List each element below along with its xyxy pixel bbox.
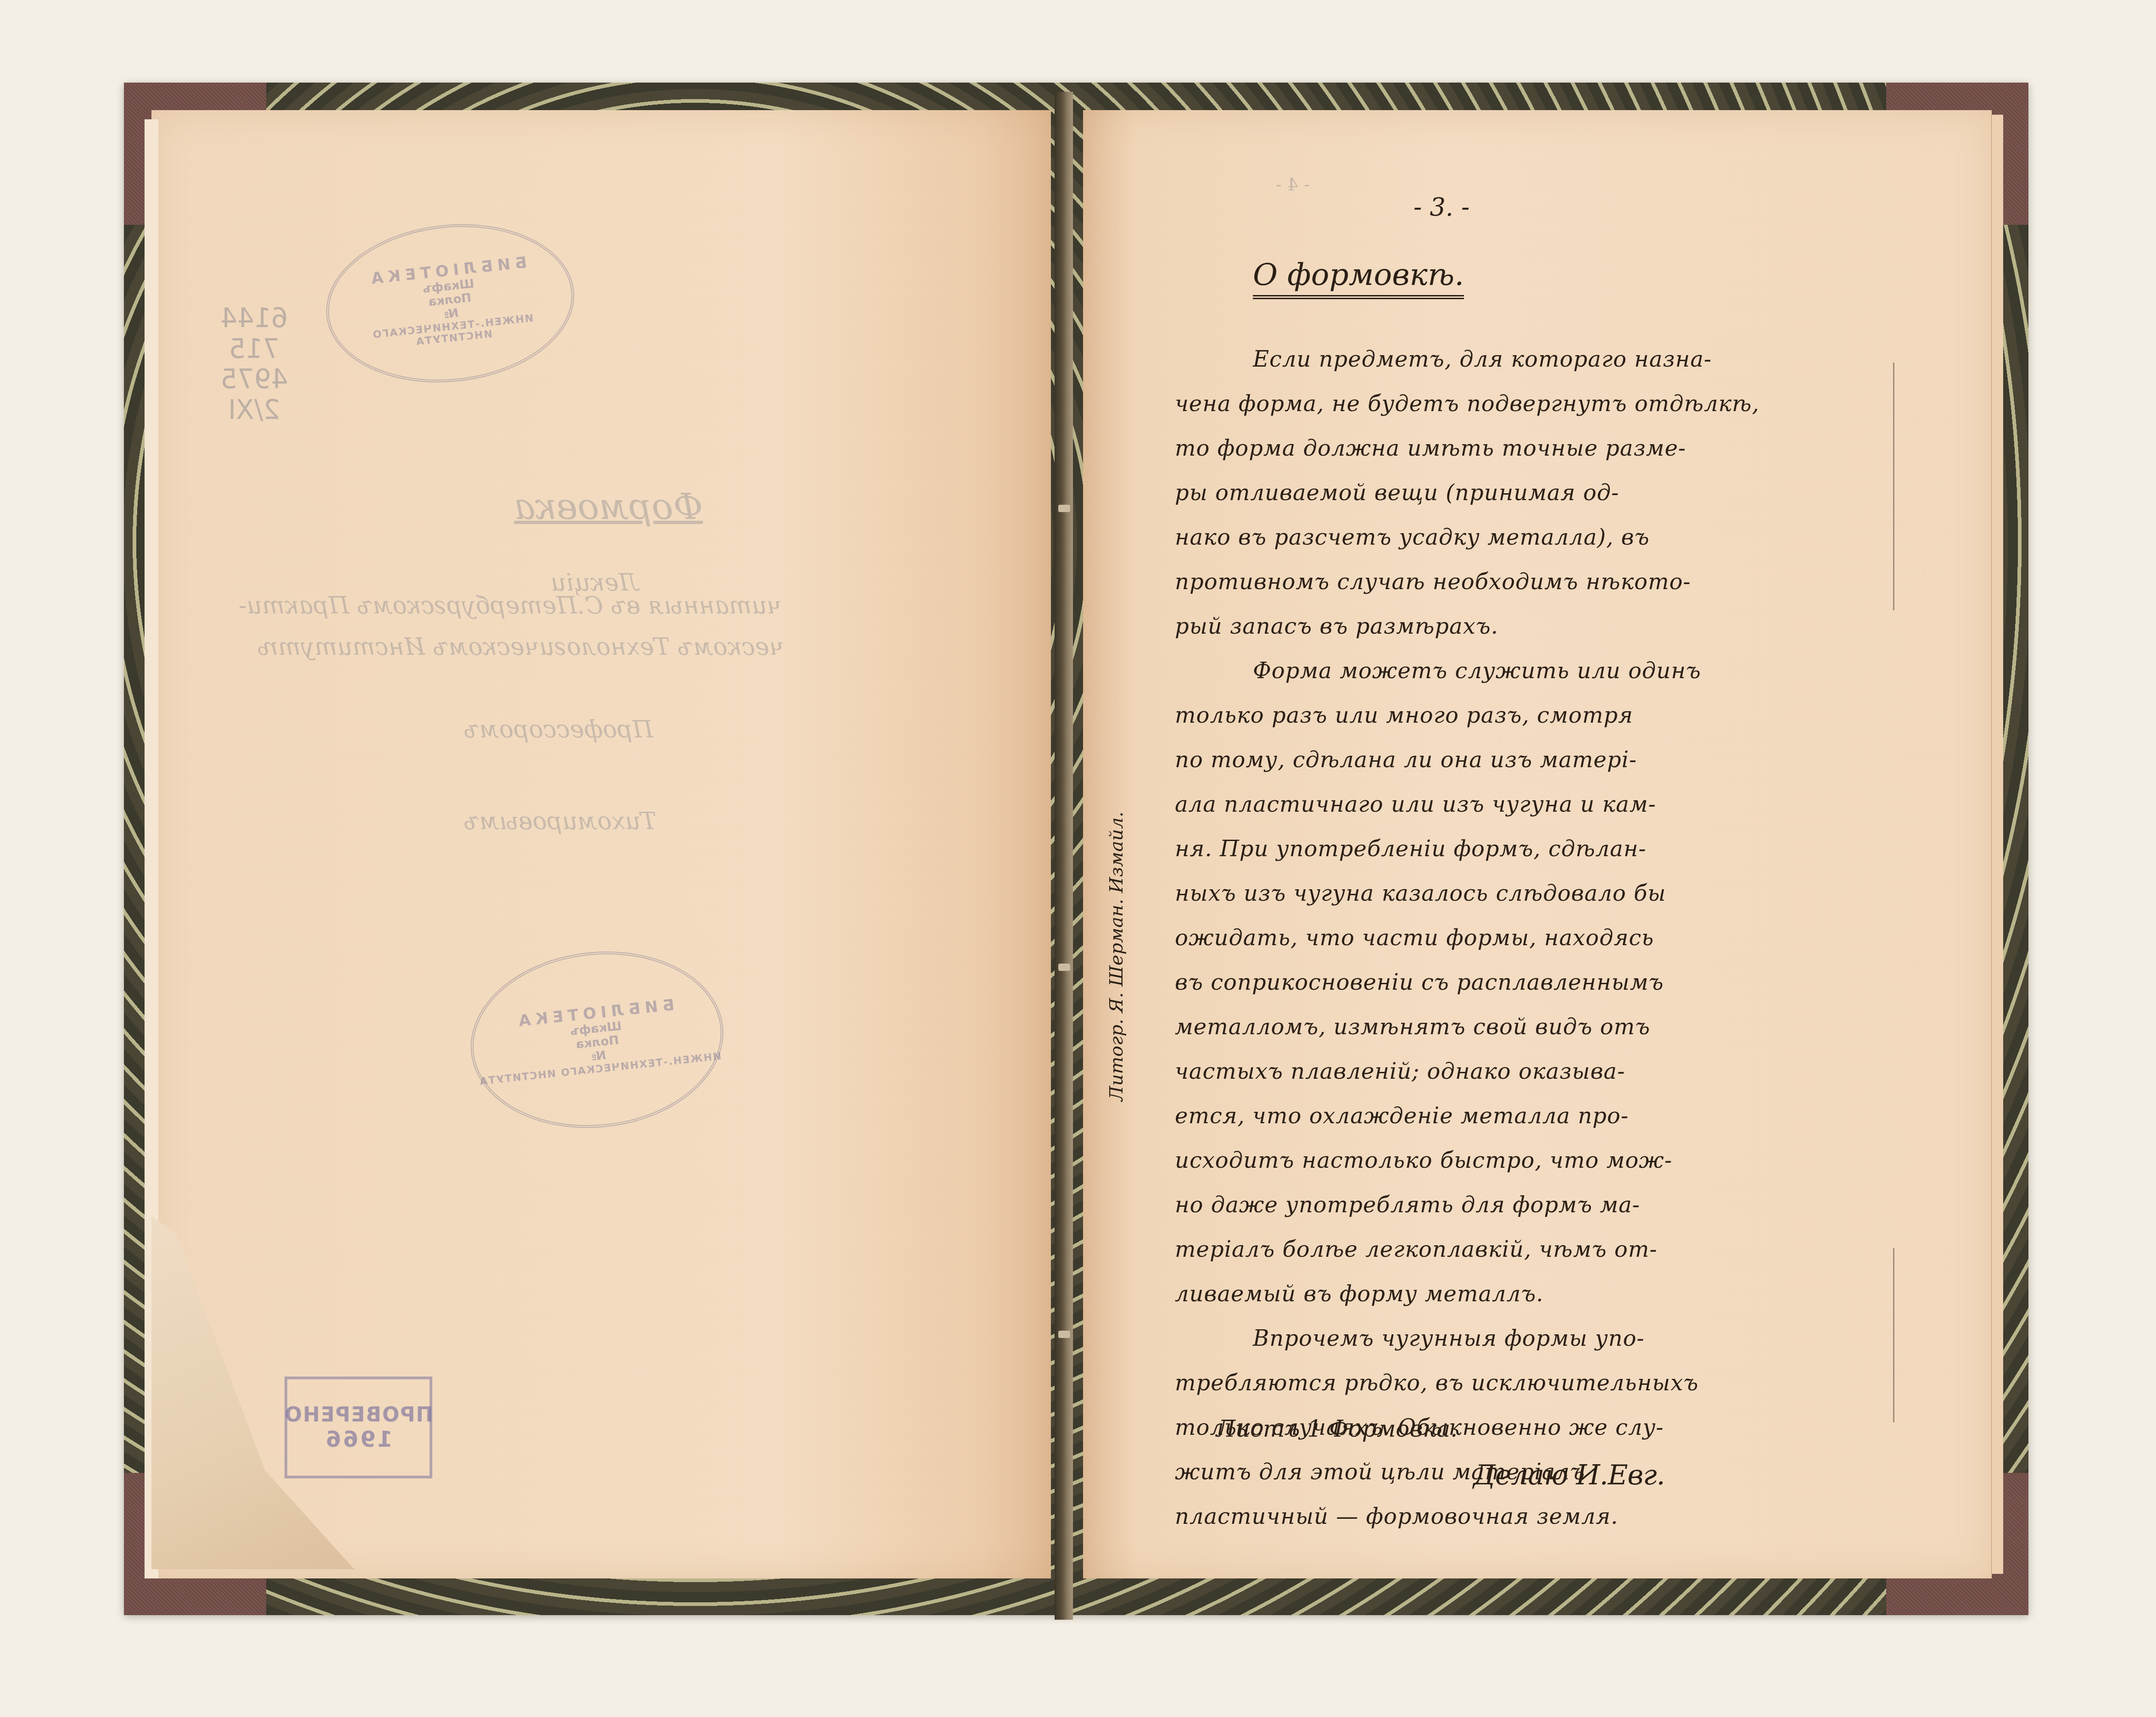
text-line: рый запасъ въ размѣрахъ. — [1175, 604, 1891, 649]
text-line: ливаемый въ форму металлъ. — [1175, 1272, 1891, 1316]
text-line: по тому, сдѣлана ли она изъ матері- — [1175, 738, 1891, 782]
margin-note-vertical: Литогр. Я. Шерман. Измайл. — [1106, 811, 1127, 1101]
text-line: только разъ или много разъ, смотря — [1175, 693, 1891, 738]
margin-bracket — [1893, 362, 1894, 610]
shelfmark-line: 4975 — [220, 364, 288, 395]
shelfmark-line: 6144 — [220, 303, 288, 334]
page-heading: О формовкѣ. — [1253, 257, 1464, 299]
shelfmark-line: 2/XI — [220, 395, 288, 425]
text-line: ныхъ изъ чугуна казалось слѣдовало бы — [1175, 871, 1891, 916]
text-line: ня. При употребленіи формъ, сдѣлан- — [1175, 827, 1891, 871]
text-line: частыхъ плавленій; однако оказыва- — [1175, 1049, 1891, 1094]
manuscript-body: Если предметъ, для котораго назна- чена … — [1175, 337, 1891, 1539]
page-block-edge — [1991, 115, 2003, 1574]
text-line: нако въ разсчетъ усадку металла), въ — [1175, 515, 1891, 560]
bleed-through-line: ческомъ Технологическомъ Институтѣ — [257, 633, 784, 661]
binding-stitch — [1058, 1331, 1070, 1338]
text-line: Впрочемъ чугунныя формы упо- — [1175, 1316, 1891, 1361]
page-number: - 3. - — [1413, 193, 1469, 222]
shelfmark-pencil: 6144 715 4975 2/XI — [220, 303, 288, 425]
bleed-through-line: Тихомировымъ — [464, 808, 656, 835]
text-line: исходитъ настолько быстро, что мож- — [1175, 1138, 1891, 1183]
bleed-through-line: читанныя въ С.Петербургскомъ Практи- — [239, 592, 782, 619]
sheet-note: Листъ 1 Формовка. — [1216, 1416, 1458, 1442]
text-line: то форма должна имѣть точные разме- — [1175, 426, 1891, 471]
book-spine — [1055, 92, 1073, 1620]
binding-stitch — [1058, 505, 1070, 512]
signature: Делаю И.Евг. — [1473, 1459, 1665, 1491]
text-line-with-underlined-term: пластичный — формовочная земля. — [1175, 1494, 1891, 1539]
text-line: чена форма, не будетъ подвергнутъ отдѣлк… — [1175, 382, 1891, 426]
text-line: теріалъ болѣе легкоплавкій, чѣмъ от- — [1175, 1227, 1891, 1272]
text-line: противномъ случаѣ необходимъ нѣкото- — [1175, 560, 1891, 604]
text-line: металломъ, измѣнятъ свой видъ отъ — [1175, 1005, 1891, 1049]
text-line: ры отливаемой вещи (принимая од- — [1175, 471, 1891, 515]
bleed-through-title: Формовка — [514, 486, 703, 528]
text-line: ожидать, что части формы, находясь — [1175, 916, 1891, 960]
shelfmark-line: 715 — [220, 334, 288, 364]
text-line: Если предметъ, для котораго назна- — [1175, 337, 1891, 382]
bleed-through-line: Профессоромъ — [464, 716, 653, 743]
checked-stamp: ПРОВЕРЕНО 1966 — [285, 1377, 432, 1478]
text-line: но даже употреблять для формъ ма- — [1175, 1183, 1891, 1227]
text-line: Форма можетъ служить или одинъ — [1175, 649, 1891, 693]
text-line: ется, что охлажденіе металла про- — [1175, 1094, 1891, 1138]
text-line: ала пластичнаго или изъ чугуна и кам- — [1175, 782, 1891, 827]
text-line: требляются рѣдко, въ исключительныхъ — [1175, 1361, 1891, 1405]
binding-stitch — [1058, 964, 1070, 971]
ghost-page-number: - 4 - — [1276, 174, 1310, 195]
text-line: въ соприкосновеніи съ расплавленнымъ — [1175, 960, 1891, 1005]
margin-bracket — [1893, 1248, 1894, 1422]
